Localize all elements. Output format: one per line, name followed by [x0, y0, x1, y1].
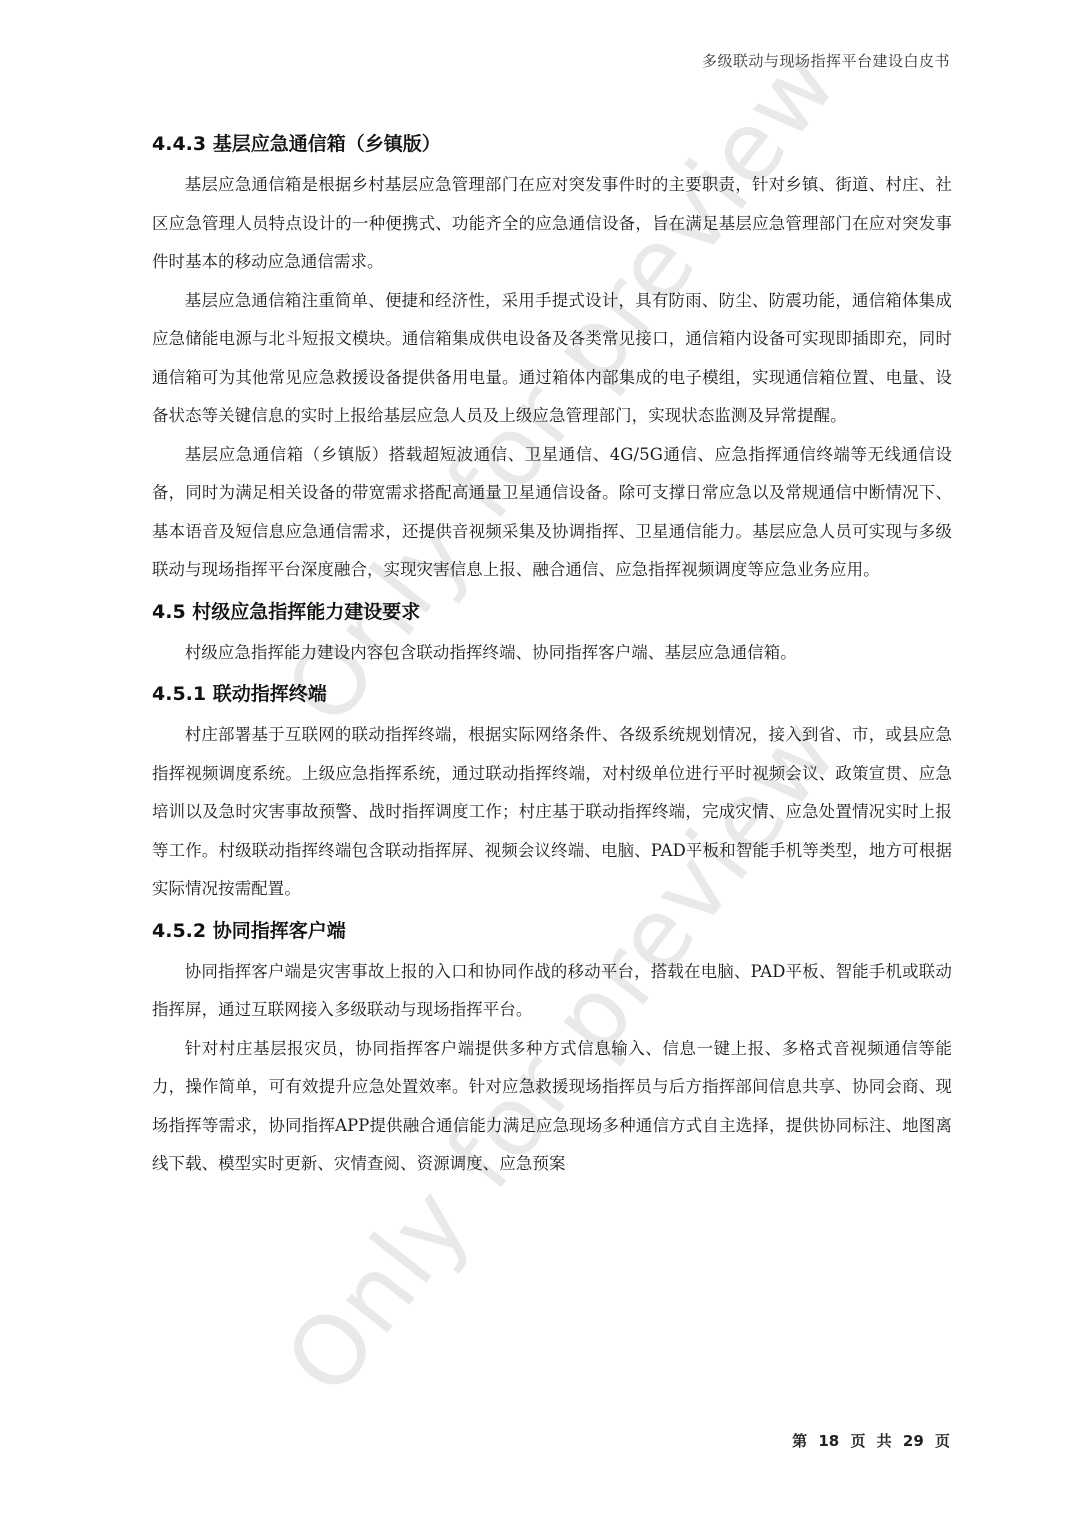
- paragraph: 基层应急通信箱注重简单、便捷和经济性，采用手提式设计，具有防雨、防尘、防震功能，…: [152, 282, 952, 436]
- running-header: 多级联动与现场指挥平台建设白皮书: [702, 50, 950, 71]
- paragraph: 基层应急通信箱是根据乡村基层应急管理部门在应对突发事件时的主要职责，针对乡镇、街…: [152, 166, 952, 282]
- paragraph: 村庄部署基于互联网的联动指挥终端，根据实际网络条件、各级系统规划情况，接入到省、…: [152, 716, 952, 909]
- section-heading-4-4-3: 4.4.3 基层应急通信箱（乡镇版）: [152, 122, 952, 166]
- paragraph: 针对村庄基层报灾员，协同指挥客户端提供多种方式信息输入、信息一键上报、多格式音视…: [152, 1030, 952, 1184]
- document-body: 4.4.3 基层应急通信箱（乡镇版） 基层应急通信箱是根据乡村基层应急管理部门在…: [152, 122, 952, 1184]
- paragraph: 协同指挥客户端是灾害事故上报的入口和协同作战的移动平台，搭载在电脑、PAD平板、…: [152, 953, 952, 1030]
- paragraph: 基层应急通信箱（乡镇版）搭载超短波通信、卫星通信、4G/5G通信、应急指挥通信终…: [152, 436, 952, 590]
- section-heading-4-5: 4.5 村级应急指挥能力建设要求: [152, 590, 952, 634]
- section-heading-4-5-1: 4.5.1 联动指挥终端: [152, 672, 952, 716]
- page-number: 第 18 页 共 29 页: [792, 1430, 950, 1451]
- section-heading-4-5-2: 4.5.2 协同指挥客户端: [152, 909, 952, 953]
- paragraph: 村级应急指挥能力建设内容包含联动指挥终端、协同指挥客户端、基层应急通信箱。: [152, 634, 952, 673]
